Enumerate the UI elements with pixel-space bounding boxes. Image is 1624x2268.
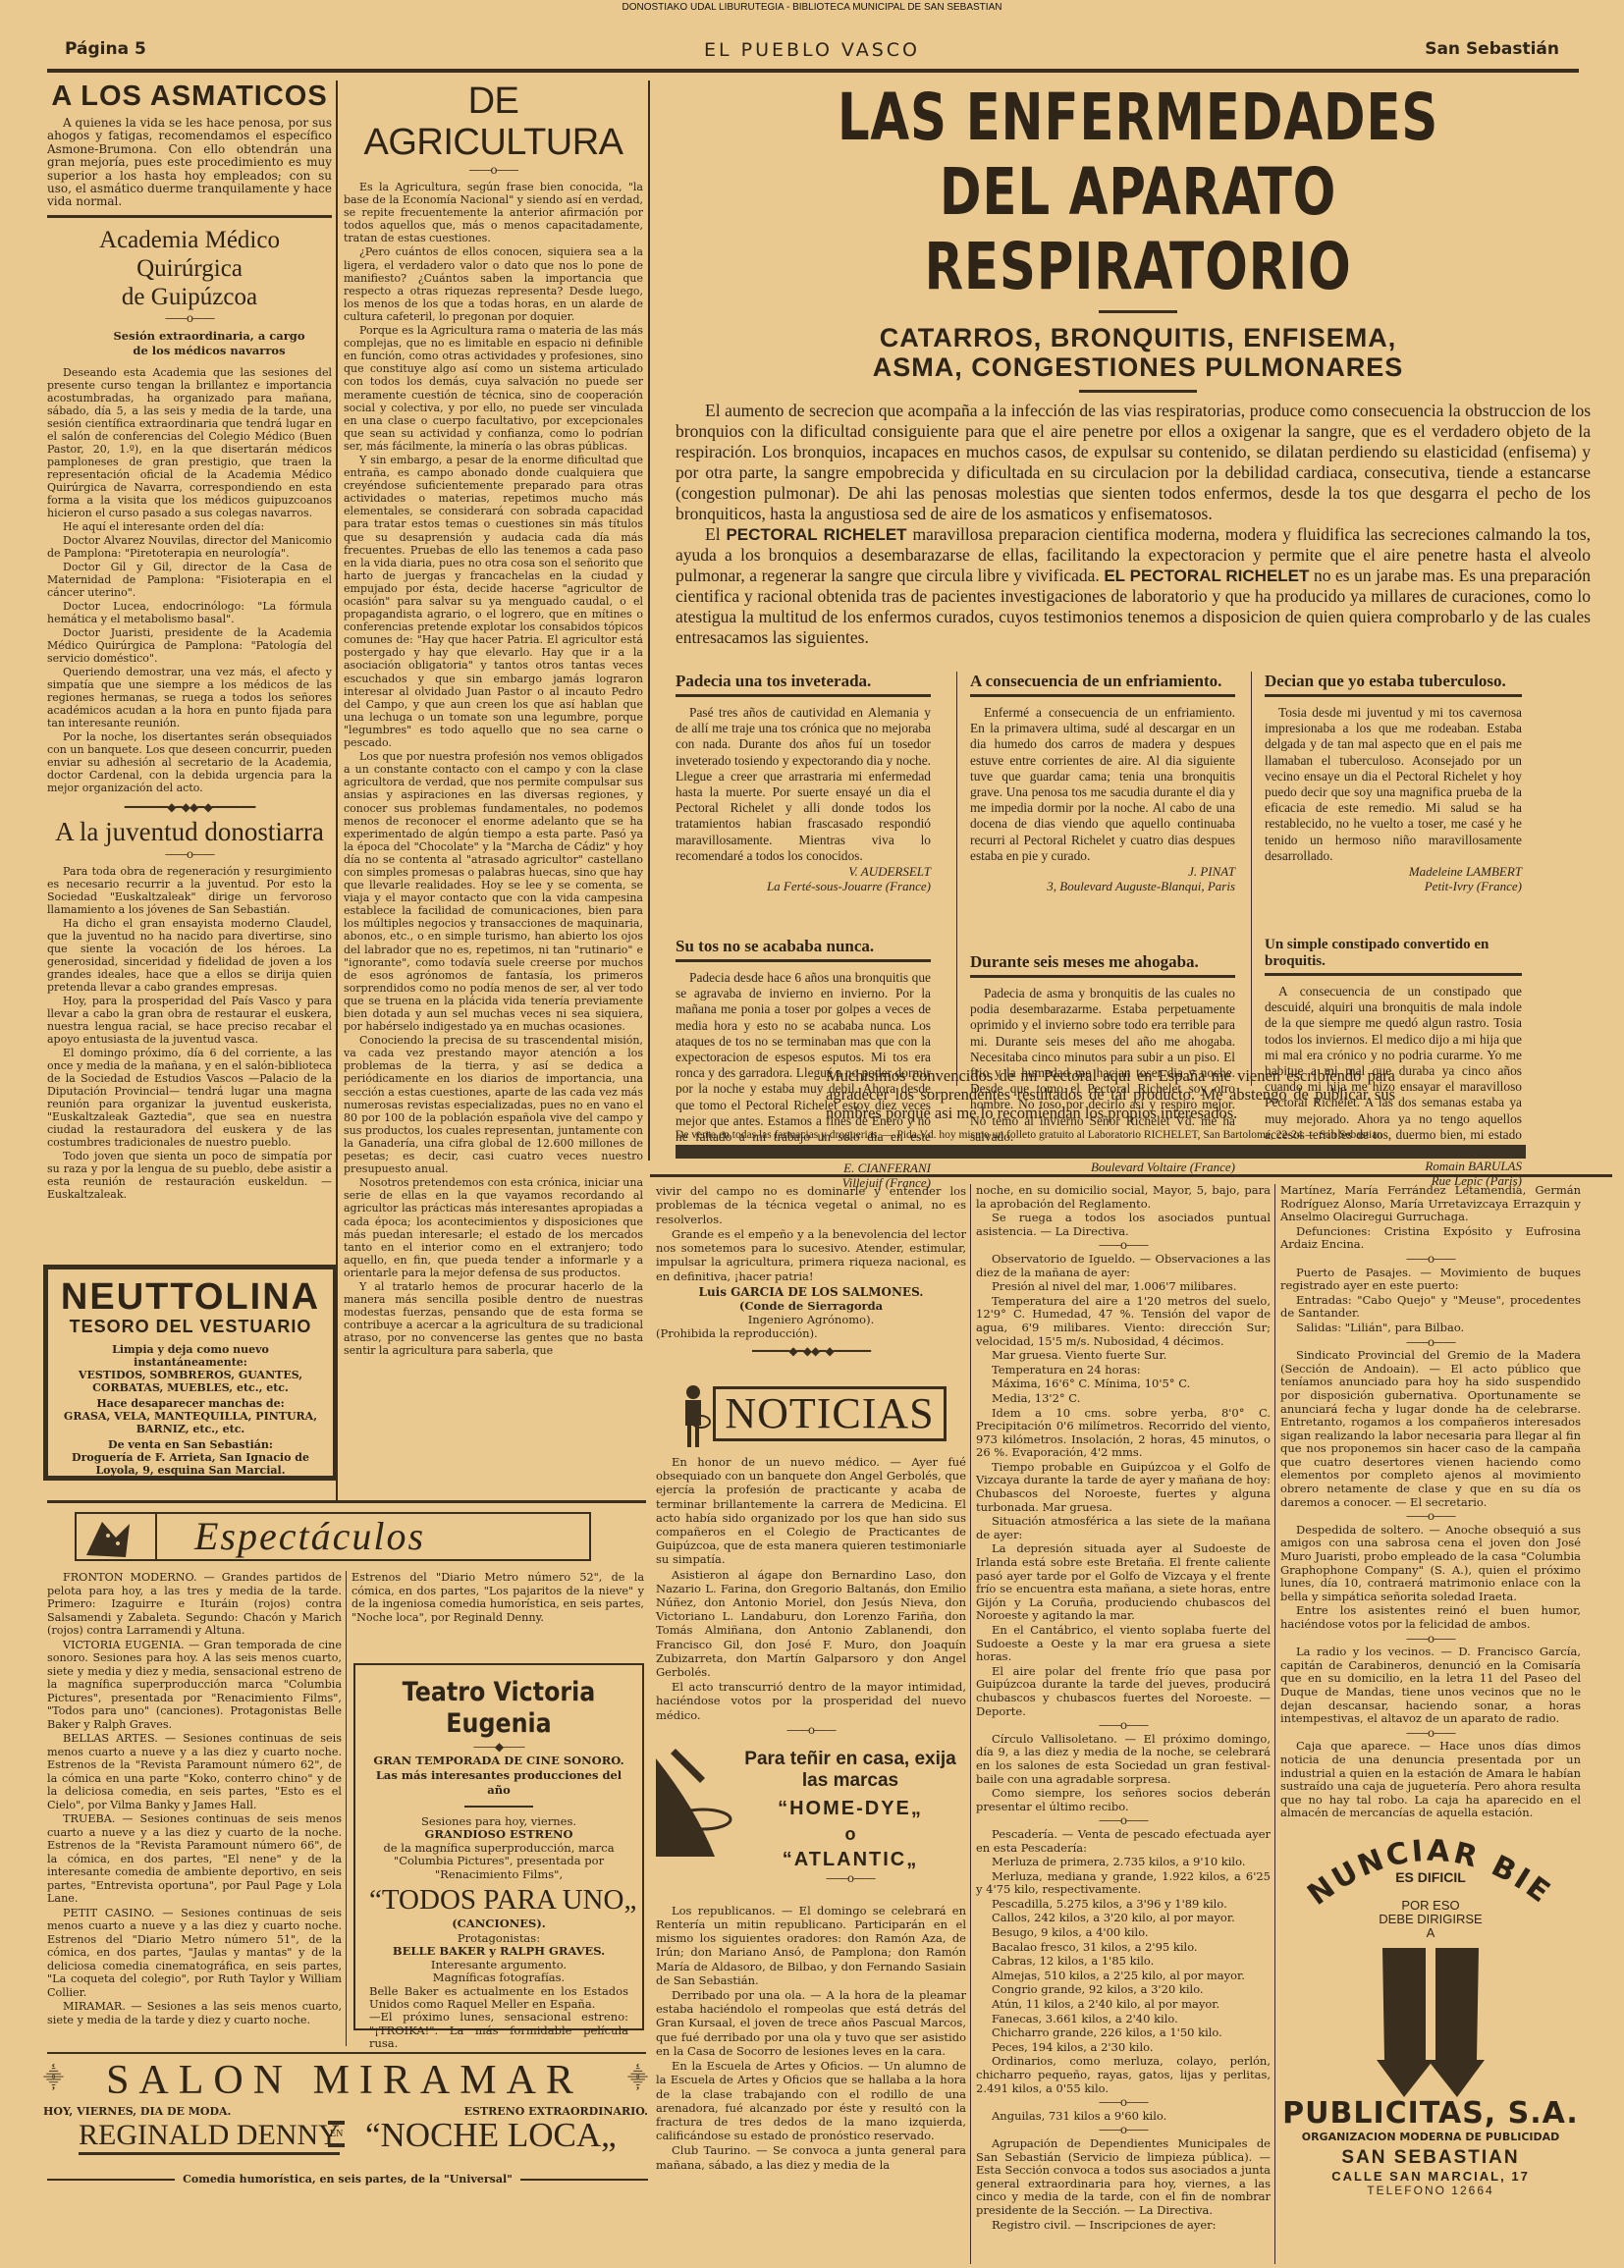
column-rule [956, 672, 957, 1086]
academia-article: Academia Médico Quirúrgicade Guipúzcoa —… [47, 226, 332, 794]
noticias-header: NOTICIAS [677, 1382, 962, 1443]
column-1: A LOS ASMATICOS A quienes la vida se les… [47, 81, 332, 1202]
newspaper-name: EL PUEBLO VASCO [0, 39, 1624, 61]
column-rule [1274, 1184, 1275, 2264]
dye-ad: Para teñir en casa, exija las marcas “HO… [656, 1737, 966, 1904]
ornament-rule: ━━━━━━◆━◆◆━◆━━━━━━ [656, 1344, 966, 1358]
academia-subtitle: Sesión extraordinaria, a cargode los méd… [86, 329, 332, 358]
teatro-victoria-eugenia-ad: Teatro Victoria Eugenia ——◆—— GRAN TEMPO… [353, 1663, 644, 2030]
library-stamp: DONOSTIAKO UDAL LIBURUTEGIA - BIBLIOTECA… [0, 2, 1624, 13]
divider [47, 215, 332, 218]
city-label: San Sebastián [1425, 39, 1559, 59]
neuttolina-body: Limpia y deja como nuevo instantáneament… [56, 1343, 325, 1477]
academia-body: Deseando esta Academia que las sesiones … [47, 366, 332, 794]
ad-footer: De venta en todas las farmacias y drogue… [676, 1129, 1530, 1141]
juventud-title: A la juventud donostiarra [47, 816, 332, 847]
column-rule [970, 1184, 971, 2264]
agricultura-title: DE AGRICULTURA [344, 81, 643, 163]
ad-intro: El aumento de secrecion que acompaña a l… [664, 401, 1612, 648]
film-title: “NOCHE LOCA„ [365, 2117, 617, 2154]
noticias-col-2: noche, en su domicilio social, Mayor, 5,… [976, 1184, 1271, 2233]
ornament: ——o—— [656, 1723, 966, 1737]
jester-figure-icon [82, 1518, 151, 1559]
ad-subhead: CATARROS, BRONQUITIS, ENFISEMA,ASMA, CON… [664, 323, 1612, 382]
noticias-col-1: En honor de un nuevo médico. — Ayer fué … [656, 1455, 966, 2173]
divider [47, 1500, 646, 1503]
neuttolina-subtitle: TESORO DEL VESTUARIO [56, 1317, 325, 1337]
miramar-footer: Comedia humorística, en seis partes, de … [47, 2173, 648, 2186]
publicitas-name: PUBLICITAS, S.A. [1280, 2097, 1581, 2131]
asmaticos-title: A LOS ASMATICOS [47, 81, 332, 113]
testimonial: Padecia una tos inveterada. Pasé tres añ… [676, 672, 931, 893]
neuttolina-title: NEUTTOLINA [56, 1277, 325, 1317]
divider [1079, 390, 1197, 393]
column-rule [648, 81, 650, 1161]
masthead-rule [47, 69, 1579, 73]
ornament-rule: ━━━━━━━◆━◆◆━◆━━━━━━━ [47, 800, 332, 814]
espectaculos-title: Espectáculos [194, 1514, 425, 1559]
agricultura-body: Es la Agricultura, según frase bien cono… [344, 181, 643, 1358]
noticias-title: NOTICIAS [713, 1386, 947, 1441]
juventud-article: A la juventud donostiarra ——o—— Para tod… [47, 816, 332, 1201]
miramar-title: SALON MIRAMAR [67, 2058, 623, 2103]
ornament: ——◆—— [369, 1740, 628, 1754]
brand-name: EL PECTORAL RICHELET [1104, 567, 1309, 585]
ornament: ——o—— [47, 847, 332, 861]
ornament-icon: ⸎ [627, 2064, 648, 2090]
column-rule [336, 81, 338, 1500]
divider [1099, 310, 1177, 313]
salon-miramar-ad: ⸎ SALON MIRAMAR ⸎ HOY, VIERNES, DIA DE M… [43, 2058, 648, 2156]
teatro-title: Teatro Victoria Eugenia [385, 1677, 613, 1740]
drummer-figure-icon [677, 1382, 711, 1451]
double-arrow-logo-icon [1377, 1944, 1485, 2097]
testimonial: Decian que yo estaba tuberculoso. Tosia … [1265, 672, 1522, 893]
author-name: Luis GARCIA DE LOS SALMONES. [656, 1285, 966, 1299]
pectoral-richelet-ad: LAS ENFERMEDADESDEL APARATO RESPIRATORIO… [664, 81, 1612, 1159]
espectaculos-col-2: Estrenos del "Diario Metro número 52", d… [352, 1571, 644, 1625]
divider [47, 2052, 646, 2054]
phone-number: TELEFONO 12664 [1280, 2184, 1581, 2197]
film-title: “TODOS PARA UNO„ [369, 1883, 628, 1917]
dyeing-hands-illustration-icon [656, 1749, 734, 1857]
ad-headline: LAS ENFERMEDADESDEL APARATO RESPIRATORIO [768, 81, 1507, 304]
asmaticos-notice: A LOS ASMATICOS A quienes la vida se les… [47, 81, 332, 209]
asmaticos-body: A quienes la vida se les hace penosa, po… [47, 117, 332, 209]
neuttolina-ad: NEUTTOLINA TESORO DEL VESTUARIO Limpia y… [43, 1265, 338, 1481]
star-name: REGINALD DENNY [79, 2119, 340, 2155]
column-rule [1251, 672, 1252, 1086]
noticias-col-3: Martínez, María Ferrández Letamendía, Ge… [1280, 1184, 1581, 1821]
column-2: DE AGRICULTURA ——o—— Es la Agricultura, … [344, 81, 643, 1359]
ad-footer-band [676, 1145, 1526, 1159]
divider [650, 1174, 1612, 1177]
brand-atlantic: “ATLANTIC„ [734, 1849, 966, 1871]
academia-title: Academia Médico Quirúrgicade Guipúzcoa [47, 226, 332, 311]
ornament-icon: ⸎ [43, 2064, 64, 2090]
ornament: ——o—— [47, 311, 332, 325]
ornament: ——o—— [344, 163, 643, 177]
ad-closing: Muchisimos convencidos de mi Pectoral aq… [826, 1066, 1395, 1122]
brand-name: PECTORAL RICHELET [726, 525, 906, 544]
ornament: ——o—— [734, 1871, 966, 1885]
espectaculos-header: Espectáculos [75, 1512, 591, 1561]
testimonial: Durante seis meses me ahogaba. Padecia d… [970, 952, 1235, 1174]
espectaculos-col-1: FRONTON MODERNO. — Grandes partidos de p… [47, 1571, 342, 2027]
brand-home-dye: “HOME-DYE„ [734, 1798, 966, 1820]
publicitas-ad: ANUNCIAR BIEN ES DIFICIL POR ESODEBE DIR… [1280, 1828, 1581, 2201]
column-rule [346, 1571, 347, 2046]
juventud-body: Para toda obra de regeneración y resurgi… [47, 865, 332, 1201]
testimonial: A consecuencia de un enfriamiento. Enfer… [970, 672, 1235, 893]
agricultura-continued: vivir del campo no es dominarle y entend… [656, 1184, 966, 1358]
